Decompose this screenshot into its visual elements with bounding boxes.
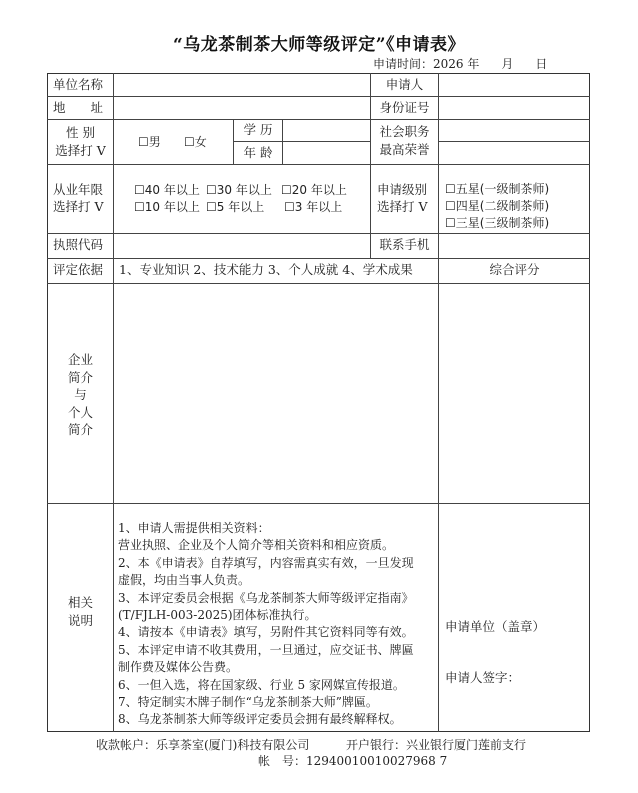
years-option-30[interactable]: ☐30 年以上 (206, 182, 272, 198)
note-line: 3、本评定委员会根据《乌龙茶制茶大师等级评定指南》 (118, 590, 414, 607)
date-label: 申请时间： (373, 55, 433, 72)
years-label-line1: 从业年限 (53, 182, 103, 198)
education-field[interactable] (283, 120, 369, 140)
social-role-label-line2: 最高荣誉 (371, 142, 438, 158)
intro-field[interactable] (114, 284, 437, 502)
age-label: 年 龄 (234, 145, 282, 161)
note-line: 营业执照、企业及个人简介等相关资料和相应资质。 (118, 537, 414, 554)
note-line: 7、特定制实木牌子制作“乌龙茶制茶大师”牌匾。 (118, 694, 414, 711)
form-title: “乌龙茶制茶大师等级评定”《申请表》 (0, 30, 638, 55)
note-line: 制作费及媒体公告费。 (118, 659, 414, 676)
notes-label-line: 相关 (48, 594, 113, 612)
highest-honor-field[interactable] (439, 142, 589, 163)
score-field[interactable] (439, 284, 589, 502)
row-divider (47, 164, 590, 165)
level-option-three-star[interactable]: ☐三星(三级制茶师) (445, 215, 549, 231)
level-option-four-star[interactable]: ☐四星(二级制茶师) (445, 198, 549, 214)
note-line: 虚假，均由当事人负责。 (118, 572, 414, 589)
years-option-10[interactable]: ☐10 年以上 (134, 199, 200, 215)
address-field[interactable] (114, 97, 369, 118)
years-option-5[interactable]: ☐5 年以上 (206, 199, 264, 215)
years-option-40[interactable]: ☐40 年以上 (134, 182, 200, 198)
social-role-field[interactable] (439, 120, 589, 140)
level-label-line1: 申请级别 (377, 182, 427, 198)
age-field[interactable] (283, 142, 369, 163)
intro-label: 企业 简介 与 个人 简介 (48, 351, 113, 439)
gender-label-line2: 选择打 V (48, 143, 113, 159)
seal-label: 申请单位（盖章） (445, 619, 545, 635)
intro-label-line: 与 (48, 386, 113, 404)
id-number-field[interactable] (439, 97, 589, 118)
payee-account: 收款帐户：乐享茶室(厦门)科技有限公司 (96, 736, 309, 753)
id-number-label: 身份证号 (371, 100, 438, 116)
level-label-line2: 选择打 V (377, 199, 428, 215)
applicant-label: 申请人 (371, 77, 438, 93)
application-date: 申请时间：2026 年月日 (373, 55, 547, 72)
seal-area[interactable] (439, 640, 589, 665)
mobile-field[interactable] (439, 234, 589, 257)
intro-label-line: 个人 (48, 404, 113, 422)
years-label-line2: 选择打 V (53, 199, 104, 215)
note-line: 6、一但入选，将在国家级、行业 5 家网媒宣传报道。 (118, 677, 414, 694)
intro-label-line: 企业 (48, 351, 113, 369)
license-code-field[interactable] (114, 234, 369, 257)
criteria-value: 1、专业知识 2、技术能力 3、个人成就 4、学术成果 (119, 262, 413, 278)
note-line: 2、本《申请表》自荐填写，内容需真实有效，一旦发现 (118, 555, 414, 572)
note-line: 8、乌龙茶制茶大师等级评定委员会拥有最终解释权。 (118, 711, 414, 728)
criteria-label: 评定依据 (53, 262, 103, 278)
gender-option-male[interactable]: ☐男 (138, 134, 161, 150)
intro-label-line: 简介 (48, 421, 113, 439)
notes-label: 相关 说明 (48, 594, 113, 630)
applicant-field[interactable] (439, 74, 589, 95)
education-label: 学 历 (234, 122, 282, 138)
gender-option-female[interactable]: ☐女 (184, 134, 207, 150)
level-option-five-star[interactable]: ☐五星(一级制茶师) (445, 181, 549, 197)
unit-name-field[interactable] (114, 74, 369, 95)
signature-field[interactable] (520, 665, 588, 690)
unit-name-label: 单位名称 (53, 77, 103, 93)
score-label: 综合评分 (439, 262, 590, 278)
row-divider (47, 258, 590, 259)
account-number: 帐 号：12940010010027968 7 (258, 752, 447, 769)
gender-label-line1: 性 别 (48, 125, 113, 141)
license-code-label: 执照代码 (53, 237, 103, 253)
notes-text: 1、申请人需提供相关资料： 营业执照、企业及个人简介等相关资料和相应资质。 2、… (118, 520, 414, 729)
date-month[interactable]: 月 (501, 55, 513, 72)
social-role-label-line1: 社会职务 (371, 124, 438, 140)
date-year[interactable]: 2026 年 (433, 55, 479, 72)
address-label: 地 址 (53, 100, 103, 116)
mobile-label: 联系手机 (371, 237, 438, 253)
note-line: (T/FJLH-003-2025)团体标准执行。 (118, 607, 414, 624)
years-option-3[interactable]: ☐3 年以上 (284, 199, 342, 215)
note-line: 4、请按本《申请表》填写，另附件其它资料同等有效。 (118, 624, 414, 641)
years-option-20[interactable]: ☐20 年以上 (281, 182, 347, 198)
row-divider (47, 503, 590, 504)
notes-label-line: 说明 (48, 612, 113, 630)
intro-label-line: 简介 (48, 369, 113, 387)
note-line: 1、申请人需提供相关资料： (118, 520, 414, 537)
signature-label: 申请人签字： (445, 670, 520, 686)
date-day[interactable]: 日 (535, 55, 547, 72)
bank-name: 开户银行：兴业银行厦门莲前支行 (346, 736, 526, 753)
note-line: 5、本评定申请不收其费用，一旦通过，应交证书、牌匾 (118, 642, 414, 659)
